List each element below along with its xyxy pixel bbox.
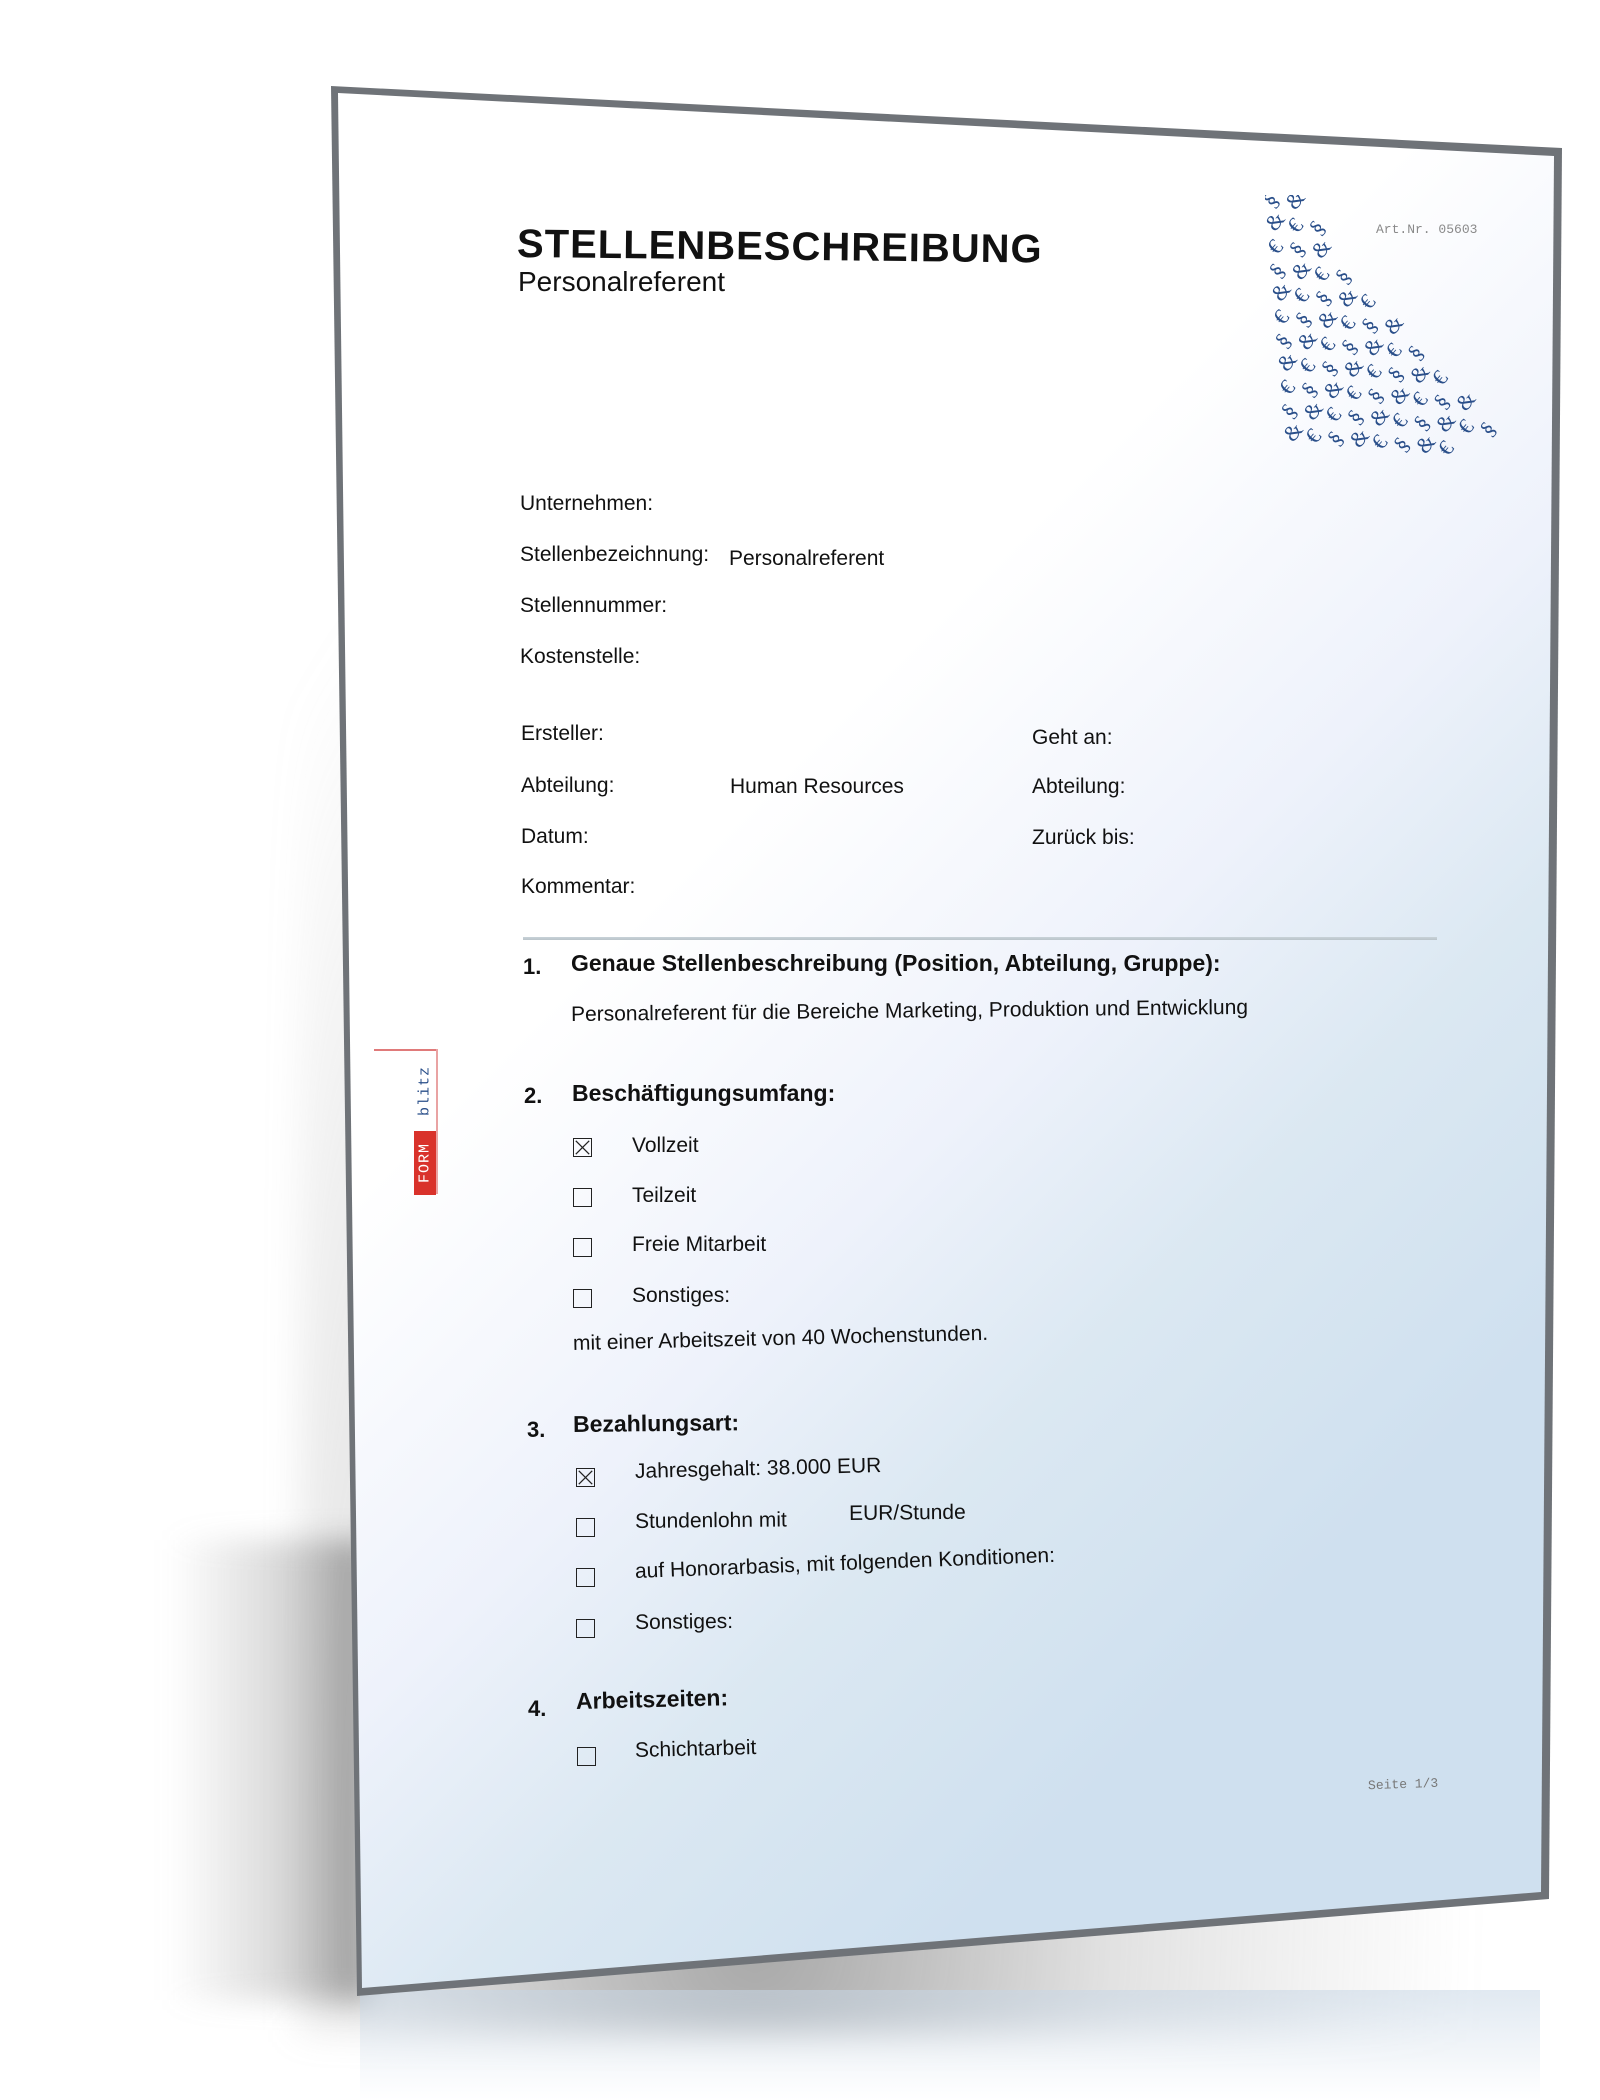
section-2-heading: Beschäftigungsumfang: xyxy=(572,1080,835,1107)
option-label-schichtarbeit: Schichtarbeit xyxy=(635,1736,757,1763)
svg-text:€: € xyxy=(1340,381,1366,405)
logo-blitz: blitz xyxy=(414,1051,436,1131)
option-suffix-eur-stunde: EUR/Stunde xyxy=(849,1501,966,1526)
svg-text:€: € xyxy=(1314,332,1340,356)
svg-text:€: € xyxy=(1274,375,1300,399)
checkbox-schichtarbeit[interactable] xyxy=(577,1747,596,1766)
field-label-kommentar: Kommentar: xyxy=(521,875,635,899)
section-1-text: Personalreferent für die Bereiche Market… xyxy=(571,996,1248,1027)
field-label-unternehmen: Unternehmen: xyxy=(520,492,653,516)
section-4-heading: Arbeitszeiten: xyxy=(576,1684,729,1715)
svg-text:€: € xyxy=(1386,408,1412,432)
svg-text:€: € xyxy=(1366,430,1392,454)
svg-text:&: & xyxy=(1280,195,1310,214)
option-label-stundenlohn: Stundenlohn mit xyxy=(635,1508,787,1534)
field-label-stellennummer: Stellennummer: xyxy=(520,594,667,618)
svg-text:€: € xyxy=(1334,311,1360,335)
checkbox-teilzeit[interactable] xyxy=(573,1188,592,1207)
field-value-stellenbezeichnung: Personalreferent xyxy=(729,547,884,571)
option-label-sonstiges-bezahlung: Sonstiges: xyxy=(635,1610,733,1635)
checkmark-x-icon xyxy=(574,1139,591,1156)
field-label-stellenbezeichnung: Stellenbezeichnung: xyxy=(520,543,709,567)
checkmark-x-icon xyxy=(577,1469,594,1486)
svg-text:€: € xyxy=(1282,213,1308,237)
checkbox-freie-mitarbeit[interactable] xyxy=(573,1238,592,1257)
checkbox-jahresgehalt[interactable] xyxy=(576,1468,595,1487)
section-3-number: 3. xyxy=(527,1417,545,1443)
document-title: STELLENBESCHREIBUNG xyxy=(517,222,1043,273)
logo-text-blitz: blitz xyxy=(417,1066,434,1116)
field-label-ersteller: Ersteller: xyxy=(521,722,604,746)
checkbox-vollzeit[interactable] xyxy=(573,1138,592,1157)
field-label-zurueck-bis: Zurück bis: xyxy=(1032,826,1135,850)
field-label-geht-an: Geht an: xyxy=(1032,726,1113,750)
field-label-abteilung-empfaenger: Abteilung: xyxy=(1032,775,1125,799)
checkbox-sonstiges-umfang[interactable] xyxy=(573,1289,592,1308)
svg-text:€: € xyxy=(1308,262,1334,286)
svg-text:§: § xyxy=(1322,426,1348,450)
section-2-number: 2. xyxy=(524,1083,542,1109)
section-divider xyxy=(523,937,1437,940)
option-label-teilzeit: Teilzeit xyxy=(632,1184,696,1208)
section-3-heading: Bezahlungsart: xyxy=(573,1409,739,1438)
svg-text:€: € xyxy=(1294,354,1320,378)
svg-text:€: € xyxy=(1300,424,1326,448)
option-label-sonstiges-umfang: Sonstiges: xyxy=(632,1284,730,1308)
option-label-jahresgehalt: Jahresgehalt: 38.000 EUR xyxy=(635,1454,882,1484)
section-1-heading: Genaue Stellenbeschreibung (Position, Ab… xyxy=(571,950,1221,977)
logo-form: FORM xyxy=(414,1131,436,1195)
option-label-honorarbasis: auf Honorarbasis, mit folgenden Konditio… xyxy=(635,1544,1056,1584)
svg-text:€: € xyxy=(1380,338,1406,362)
svg-text:§: § xyxy=(1388,432,1414,456)
svg-text:€: € xyxy=(1360,360,1386,384)
section-4-number: 4. xyxy=(528,1696,546,1722)
page-reflection xyxy=(360,1990,1540,2100)
page-indicator: Seite 1/3 xyxy=(1368,1776,1439,1793)
section-1-number: 1. xyxy=(523,954,541,980)
svg-text:&: & xyxy=(1450,386,1480,415)
svg-text:€: € xyxy=(1288,283,1314,307)
svg-text:&: & xyxy=(1378,310,1408,339)
field-label-abteilung: Abteilung: xyxy=(521,774,614,798)
legal-symbol-pattern-icon: §&&€§€§&§&€§&€§&€€§&€§&§&€§&€§&€§&€§&€€§… xyxy=(1265,195,1500,465)
field-value-abteilung: Human Resources xyxy=(730,775,904,799)
checkbox-stundenlohn[interactable] xyxy=(576,1518,595,1537)
svg-text:&: & xyxy=(1306,234,1336,263)
svg-text:€: € xyxy=(1426,366,1452,390)
svg-text:€: € xyxy=(1354,289,1380,313)
document-subtitle: Personalreferent xyxy=(518,266,725,298)
formblitz-logo: blitz FORM xyxy=(414,1049,440,1199)
checkbox-honorarbasis[interactable] xyxy=(576,1568,595,1587)
field-label-datum: Datum: xyxy=(521,825,589,849)
svg-text:€: € xyxy=(1320,402,1346,426)
svg-text:€: € xyxy=(1452,414,1478,438)
logo-rule-vertical xyxy=(436,1049,438,1194)
section-2-note: mit einer Arbeitszeit von 40 Wochenstund… xyxy=(573,1322,989,1356)
svg-text:€: € xyxy=(1268,305,1294,329)
svg-text:§: § xyxy=(1475,416,1500,440)
checkbox-sonstiges-bezahlung[interactable] xyxy=(576,1619,595,1638)
logo-text-form: FORM xyxy=(417,1143,434,1183)
option-label-freie-mitarbeit: Freie Mitarbeit xyxy=(632,1233,766,1257)
field-label-kostenstelle: Kostenstelle: xyxy=(520,645,640,669)
svg-text:€: € xyxy=(1406,387,1432,411)
page-shadow-left xyxy=(170,1540,370,2000)
svg-text:€: € xyxy=(1432,436,1458,460)
option-label-vollzeit: Vollzeit xyxy=(632,1134,699,1158)
